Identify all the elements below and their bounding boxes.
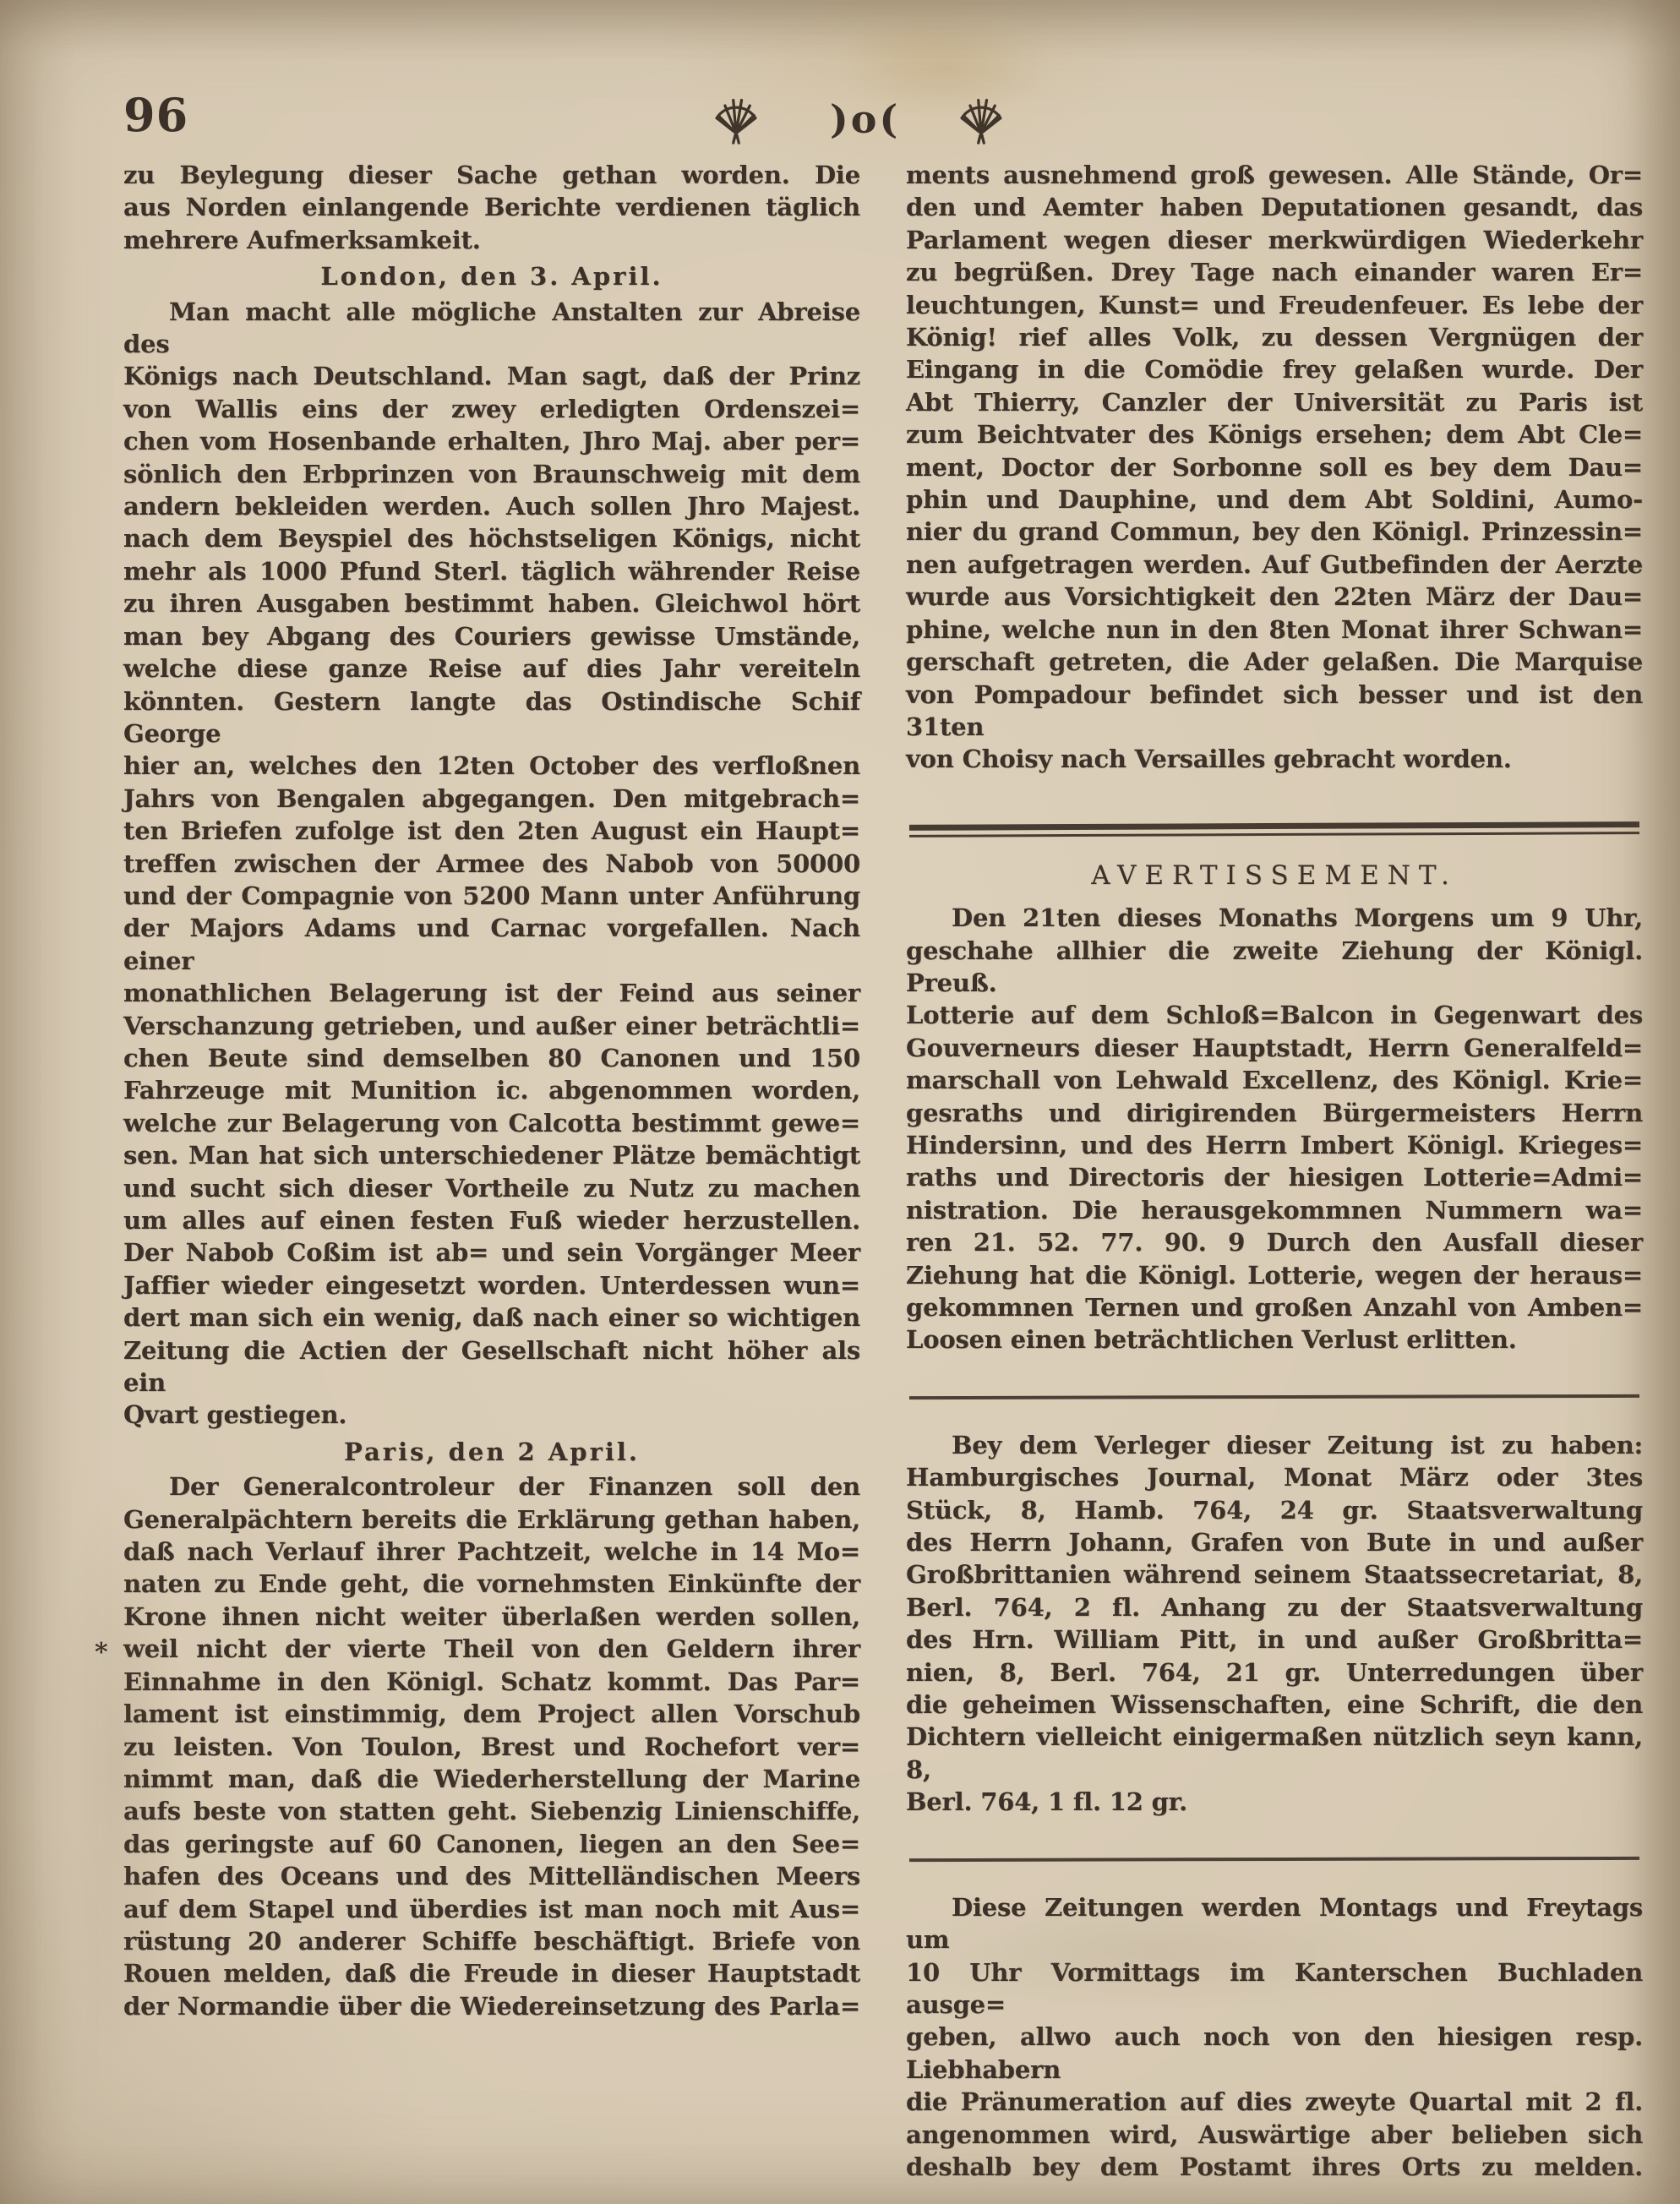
text-line: gesraths und dirigirenden Bürgermeisters… bbox=[906, 1097, 1643, 1129]
text-line: Krone ihnen nicht weiter überlaßen werde… bbox=[123, 1601, 860, 1633]
text-line: deshalb bey dem Postamt ihres Orts zu me… bbox=[906, 2151, 1643, 2183]
text-line: der Normandie über die Wiedereinsetzung … bbox=[123, 1990, 860, 2022]
text-line: ten Briefen zufolge ist den 2ten August … bbox=[123, 815, 860, 847]
paragraph: Den 21ten dieses Monaths Morgens um 9 Uh… bbox=[906, 902, 1643, 1356]
text-line: Eingang in die Comödie frey gelaßen wurd… bbox=[906, 353, 1643, 385]
left-column: zu Beylegung dieser Sache gethan worden.… bbox=[123, 159, 860, 2022]
text-line: ments ausnehmend groß gewesen. Alle Stän… bbox=[906, 159, 1643, 191]
right-column: ments ausnehmend groß gewesen. Alle Stän… bbox=[906, 159, 1643, 2183]
text-line: und der Compagnie von 5200 Mann unter An… bbox=[123, 880, 860, 912]
text-line: mehr als 1000 Pfund Sterl. täglich währe… bbox=[123, 555, 860, 587]
text-line: dert man sich ein wenig, daß nach einer … bbox=[123, 1301, 860, 1334]
text-line: monathlichen Belagerung ist der Feind au… bbox=[123, 977, 860, 1009]
paragraph: ments ausnehmend groß gewesen. Alle Stän… bbox=[906, 159, 1643, 776]
text-line: Stück, 8, Hamb. 764, 24 gr. Staatsverwal… bbox=[906, 1494, 1643, 1526]
page-number: 96 bbox=[123, 88, 188, 142]
paragraph: Man macht alle mögliche Anstalten zur Ab… bbox=[123, 296, 860, 1432]
text-line: von Choisy nach Versailles gebracht word… bbox=[906, 743, 1643, 775]
text-line: Hindersinn, und des Herrn Imbert Königl.… bbox=[906, 1129, 1643, 1161]
text-line: weil nicht der vierte Theil von den Geld… bbox=[123, 1633, 860, 1665]
text-line: mehrere Aufmerksamkeit. bbox=[123, 224, 860, 256]
text-line: Der Generalcontroleur der Finanzen soll … bbox=[123, 1470, 860, 1503]
text-line: die Pränumeration auf dies zweyte Quarta… bbox=[906, 2086, 1643, 2118]
margin-asterisk: * bbox=[95, 1638, 108, 1667]
text-line: naten zu Ende geht, die vornehmsten Eink… bbox=[123, 1568, 860, 1600]
text-line: Den 21ten dieses Monaths Morgens um 9 Uh… bbox=[906, 902, 1643, 934]
text-line: daß nach Verlauf ihrer Pachtzeit, welche… bbox=[123, 1536, 860, 1568]
text-line: Rouen melden, daß die Freude in dieser H… bbox=[123, 1957, 860, 1989]
section-heading: London, den 3. April. bbox=[123, 260, 860, 292]
divider-rule bbox=[909, 1394, 1639, 1399]
text-line: Zeitung die Actien der Gesellschaft nich… bbox=[123, 1334, 860, 1399]
text-line: Dichtern vielleicht einigermaßen nützlic… bbox=[906, 1721, 1643, 1786]
text-line: 10 Uhr Vormittags im Kanterschen Buchlad… bbox=[906, 1956, 1643, 2021]
text-line: Parlament wegen dieser merkwürdigen Wied… bbox=[906, 224, 1643, 256]
text-line: zu ihren Ausgaben bestimmt haben. Gleich… bbox=[123, 587, 860, 619]
text-line: marschall von Lehwald Excellenz, des Kön… bbox=[906, 1064, 1643, 1096]
text-line: Loosen einen beträchtlichen Verlust erli… bbox=[906, 1323, 1643, 1356]
text-line: Berl. 764, 1 fl. 12 gr. bbox=[906, 1786, 1643, 1818]
text-line: rüstung 20 anderer Schiffe beschäftigt. … bbox=[123, 1925, 860, 1957]
text-line: sen. Man hat sich unterschiedener Plätze… bbox=[123, 1139, 860, 1171]
text-line: treffen zwischen der Armee des Nabob von… bbox=[123, 848, 860, 880]
text-line: könnten. Gestern langte das Ostindische … bbox=[123, 685, 860, 750]
text-line: hier an, welches den 12ten October des v… bbox=[123, 750, 860, 782]
text-line: geben, allwo auch noch von den hiesigen … bbox=[906, 2021, 1643, 2086]
text-line: andern bekleiden werden. Auch sollen Jhr… bbox=[123, 490, 860, 522]
paragraph: Der Generalcontroleur der Finanzen soll … bbox=[123, 1470, 860, 2022]
text-line: Einnahme in den Königl. Schatz kommt. Da… bbox=[123, 1666, 860, 1698]
text-line: des Hrn. William Pitt, in und außer Groß… bbox=[906, 1623, 1643, 1656]
text-line: welche diese ganze Reise auf dies Jahr v… bbox=[123, 652, 860, 685]
text-line: das geringste auf 60 Canonen, liegen an … bbox=[123, 1828, 860, 1860]
text-line: Gouverneurs dieser Hauptstadt, Herrn Gen… bbox=[906, 1032, 1643, 1064]
text-line: nach dem Beyspiel des höchstseligen Köni… bbox=[123, 522, 860, 554]
text-line: gekommnen Ternen und großen Anzahl von A… bbox=[906, 1291, 1643, 1323]
text-line: chen Beute sind demselben 80 Canonen und… bbox=[123, 1042, 860, 1074]
text-line: Großbrittanien während seinem Staatssecr… bbox=[906, 1558, 1643, 1590]
text-line: Königs nach Deutschland. Man sagt, daß d… bbox=[123, 360, 860, 392]
text-line: Verschanzung getrieben, und außer einer … bbox=[123, 1010, 860, 1042]
signature-mark: )o( bbox=[830, 96, 900, 142]
text-line: der Majors Adams und Carnac vorgefallen.… bbox=[123, 912, 860, 977]
text-line: Qvart gestiegen. bbox=[123, 1399, 860, 1431]
text-line: Ziehung hat die Königl. Lotterie, wegen … bbox=[906, 1259, 1643, 1291]
text-line: nimmt man, daß die Wiederherstellung der… bbox=[123, 1763, 860, 1795]
shell-ornament-icon bbox=[708, 95, 764, 150]
text-line: Lotterie auf dem Schloß=Balcon in Gegenw… bbox=[906, 999, 1643, 1031]
text-line: chen vom Hosenbande erhalten, Jhro Maj. … bbox=[123, 425, 860, 457]
text-line: Jaffier wieder eingesetzt worden. Unterd… bbox=[123, 1269, 860, 1301]
text-line: Generalpächtern bereits die Erklärung ge… bbox=[123, 1503, 860, 1536]
text-line: zu begrüßen. Drey Tage nach einander war… bbox=[906, 256, 1643, 288]
text-line: zum Beichtvater des Königs ersehen; dem … bbox=[906, 418, 1643, 450]
text-line: Hamburgisches Journal, Monat März oder 3… bbox=[906, 1461, 1643, 1493]
text-line: Bey dem Verleger dieser Zeitung ist zu h… bbox=[906, 1429, 1643, 1461]
shell-ornament-icon bbox=[953, 95, 1009, 150]
text-line: um alles auf einen festen Fuß wieder her… bbox=[123, 1204, 860, 1236]
text-line: hafen des Oceans und des Mittelländische… bbox=[123, 1860, 860, 1892]
paragraph: zu Beylegung dieser Sache gethan worden.… bbox=[123, 159, 860, 256]
text-line: aufs beste von statten geht. Siebenzig L… bbox=[123, 1795, 860, 1827]
paragraph: Diese Zeitungen werden Montags und Freyt… bbox=[906, 1891, 1643, 2184]
text-line: zu leisten. Von Toulon, Brest und Rochef… bbox=[123, 1731, 860, 1763]
paragraph: Bey dem Verleger dieser Zeitung ist zu h… bbox=[906, 1429, 1643, 1819]
text-line: geschahe allhier die zweite Ziehung der … bbox=[906, 935, 1643, 1000]
text-line: Berl. 764, 2 fl. Anhang zu der Staatsver… bbox=[906, 1591, 1643, 1623]
text-line: nistration. Die herausgekommnen Nummern … bbox=[906, 1194, 1643, 1226]
text-line: Man macht alle mögliche Anstalten zur Ab… bbox=[123, 296, 860, 361]
text-line: die geheimen Wissenschaften, eine Schrif… bbox=[906, 1688, 1643, 1721]
text-line: Jahrs von Bengalen abgegangen. Den mitge… bbox=[123, 783, 860, 815]
text-line: den und Aemter haben Deputationen gesand… bbox=[906, 191, 1643, 223]
text-line: angenommen wird, Auswärtige aber beliebe… bbox=[906, 2119, 1643, 2151]
text-line: von Pompadour befindet sich besser und i… bbox=[906, 679, 1643, 744]
text-line: man bey Abgang des Couriers gewisse Umst… bbox=[123, 620, 860, 652]
text-line: wurde aus Vorsichtigkeit den 22ten März … bbox=[906, 581, 1643, 613]
divider-rule bbox=[909, 1857, 1639, 1862]
text-line: des Herrn Johann, Grafen von Bute in und… bbox=[906, 1526, 1643, 1558]
text-line: und sucht sich dieser Vortheile zu Nutz … bbox=[123, 1172, 860, 1204]
text-line: phin und Dauphine, und dem Abt Soldini, … bbox=[906, 483, 1643, 516]
text-line: ment, Doctor der Sorbonne soll es bey de… bbox=[906, 451, 1643, 483]
text-line: raths und Directoris der hiesigen Lotter… bbox=[906, 1161, 1643, 1193]
text-line: Abt Thierry, Canzler der Universität zu … bbox=[906, 386, 1643, 418]
section-heading: Paris, den 2 April. bbox=[123, 1436, 860, 1468]
text-line: Fahrzeuge mit Munition ic. abgenommen wo… bbox=[123, 1074, 860, 1106]
text-line: lament ist einstimmig, dem Project allen… bbox=[123, 1698, 860, 1730]
text-line: auf dem Stapel und überdies ist man noch… bbox=[123, 1893, 860, 1925]
text-line: zu Beylegung dieser Sache gethan worden.… bbox=[123, 159, 860, 191]
text-line: Der Nabob Coßim ist ab= und sein Vorgäng… bbox=[123, 1236, 860, 1268]
text-line: phine, welche nun in den 8ten Monat ihre… bbox=[906, 614, 1643, 646]
text-line: ren 21. 52. 77. 90. 9 Durch den Ausfall … bbox=[906, 1226, 1643, 1258]
divider-rule bbox=[909, 821, 1639, 837]
text-line: sönlich den Erbprinzen von Braunschweig … bbox=[123, 458, 860, 490]
newspaper-page: { "page_number": "96", "header": { "cent… bbox=[0, 0, 1680, 2204]
section-heading: AVERTISSEMENT. bbox=[906, 859, 1643, 892]
text-line: Diese Zeitungen werden Montags und Freyt… bbox=[906, 1891, 1643, 1956]
text-line: leuchtungen, Kunst= und Freudenfeuer. Es… bbox=[906, 289, 1643, 321]
text-line: nien, 8, Berl. 764, 21 gr. Unterredungen… bbox=[906, 1656, 1643, 1688]
text-line: aus Norden einlangende Berichte verdiene… bbox=[123, 191, 860, 223]
text-line: welche zur Belagerung von Calcotta besti… bbox=[123, 1107, 860, 1139]
text-line: gerschaft getreten, die Ader gelaßen. Di… bbox=[906, 646, 1643, 678]
text-line: König! rief alles Volk, zu dessen Vergnü… bbox=[906, 321, 1643, 353]
text-line: nier du grand Commun, bey den Königl. Pr… bbox=[906, 516, 1643, 548]
text-line: von Wallis eins der zwey erledigten Orde… bbox=[123, 393, 860, 425]
text-line: nen aufgetragen werden. Auf Gutbefinden … bbox=[906, 548, 1643, 581]
